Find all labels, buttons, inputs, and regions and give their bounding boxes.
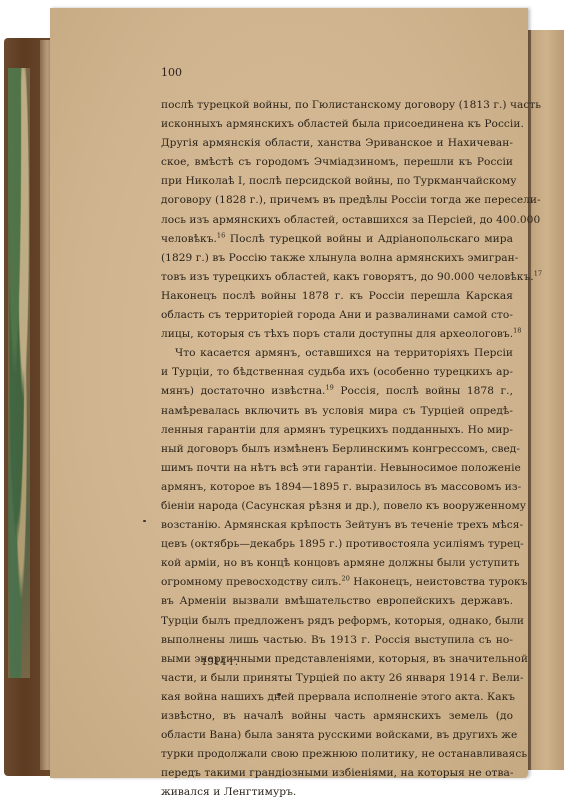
text-line-content: мянъ) достаточно извѣстна. — [161, 385, 325, 397]
text-line: огромному превосходству силъ.20 Наконецъ… — [161, 573, 513, 592]
text-line-content: шимъ почти на нѣтъ всѣ эти гарантіи. Нев… — [161, 462, 521, 474]
text-line-content: кой арміи, но въ концѣ концовъ армяне до… — [161, 557, 520, 569]
text-line-content: послѣ турецкой войны, по Гюлистанскому д… — [161, 99, 541, 111]
footnote-marker: 20 — [342, 575, 350, 583]
text-line-content: кая война нашихъ дней прервала исполнені… — [161, 691, 515, 703]
text-line-content: исконныхъ армянскихъ областей была присо… — [161, 118, 524, 130]
text-line-content: человѣкъ. — [161, 233, 217, 245]
text-line: части, и были приняты Турціей по акту 26… — [161, 669, 513, 688]
text-line-continuation: Послѣ турецкой войны и Адріанопольскаго … — [225, 233, 513, 245]
footnote-marker: 17 — [534, 269, 542, 277]
text-line-content: ный договоръ былъ измѣненъ Берлинскимъ к… — [161, 443, 520, 455]
text-line: извѣстно, въ началѣ войны часть армянски… — [161, 707, 513, 726]
text-line-content: выполнены лишь частью. Въ 1913 г. Россія… — [161, 634, 513, 646]
text-line-content: лось изъ армянскихъ областей, оставшихся… — [161, 214, 540, 226]
text-line-content: и Турціи, то бѣдственная судьба ихъ (осо… — [161, 366, 513, 378]
text-line-content: части, и были приняты Турціей по акту 26… — [161, 672, 524, 684]
text-line: кой арміи, но въ концѣ концовъ армяне до… — [161, 554, 513, 573]
text-line-content: Что касается армянъ, оставшихся на терри… — [175, 347, 513, 359]
text-line: и Турціи, то бѣдственная судьба ихъ (осо… — [161, 363, 513, 382]
text-line-content: біеніи народа (Сасунская рѣзня и др.), п… — [161, 500, 526, 512]
text-line: области Вана) была занята русскими войск… — [161, 726, 513, 745]
marbled-edge — [8, 68, 30, 678]
text-line: договору (1828 г.), причемъ въ предѣлы Р… — [161, 191, 513, 210]
text-line: выполнены лишь частью. Въ 1913 г. Россія… — [161, 631, 513, 650]
text-line: при Николаѣ I, послѣ персидской войны, п… — [161, 172, 513, 191]
text-line-content: ское, вмѣстѣ съ городомъ Эчміадзиномъ, п… — [161, 156, 513, 168]
text-line: ный договоръ былъ измѣненъ Берлинскимъ к… — [161, 440, 513, 459]
text-line: армянъ, которое въ 1894—1895 г. выразило… — [161, 478, 513, 497]
text-line: послѣ турецкой войны, по Гюлистанскому д… — [161, 96, 513, 115]
text-line: кая война нашихъ дней прервала исполнені… — [161, 688, 513, 707]
text-line-content: въ Арменіи вызвали вмѣшательство европей… — [161, 595, 513, 607]
text-line: исконныхъ армянскихъ областей была присо… — [161, 115, 513, 134]
text-line-content: договору (1828 г.), причемъ въ предѣлы Р… — [161, 194, 541, 206]
text-line: ленныя гарантіи для армянъ турецкихъ под… — [161, 421, 513, 440]
date-signature: 1914 г. — [201, 657, 238, 668]
text-line-content: ленныя гарантіи для армянъ турецкихъ под… — [161, 424, 513, 436]
text-line-continuation: Наконецъ, неистовства турокъ — [350, 576, 528, 588]
text-line-content: Другія армянскія области, ханства Эриван… — [161, 137, 513, 149]
text-line: намѣревалась включить въ условія мира съ… — [161, 402, 513, 421]
text-line-content: живался и Ленгтимуръ. — [161, 786, 296, 798]
text-line-content: огромному превосходству силъ. — [161, 576, 342, 588]
text-line: въ Арменіи вызвали вмѣшательство европей… — [161, 592, 513, 611]
footnote-marker: 19 — [325, 384, 333, 392]
text-line: живался и Ленгтимуръ. — [161, 783, 513, 800]
text-line-content: намѣревалась включить въ условія мира съ… — [161, 405, 513, 417]
text-line: человѣкъ.16 Послѣ турецкой войны и Адріа… — [161, 230, 513, 249]
text-line-content: товъ изъ турецкихъ областей, какъ говоря… — [161, 271, 534, 283]
text-line: Что касается армянъ, оставшихся на терри… — [161, 344, 513, 363]
text-line: (1829 г.) въ Россію также хлынула волна … — [161, 249, 513, 268]
text-line: біеніи народа (Сасунская рѣзня и др.), п… — [161, 497, 513, 516]
text-line-content: Турціи былъ предложенъ рядъ реформъ, кот… — [161, 615, 524, 627]
text-line-content: при Николаѣ I, послѣ персидской войны, п… — [161, 175, 517, 187]
text-line: передъ такими грандіозными избіеніями, н… — [161, 764, 513, 783]
body-text: послѣ турецкой войны, по Гюлистанскому д… — [161, 96, 513, 800]
text-line: мянъ) достаточно извѣстна.19 Россія, пос… — [161, 382, 513, 401]
text-line: товъ изъ турецкихъ областей, какъ говоря… — [161, 268, 513, 287]
text-line: Другія армянскія области, ханства Эриван… — [161, 134, 513, 153]
text-line-content: цевъ (октябрь—декабрь 1895 г.) противост… — [161, 538, 524, 550]
text-line-continuation: Россія, послѣ войны 1878 г., — [334, 385, 513, 397]
text-line: турки продолжали свою прежнюю политику, … — [161, 745, 513, 764]
text-line: Турціи былъ предложенъ рядъ реформъ, кот… — [161, 612, 513, 631]
text-line: ское, вмѣстѣ съ городомъ Эчміадзиномъ, п… — [161, 153, 513, 172]
text-line: Наконецъ послѣ войны 1878 г. къ Россіи п… — [161, 287, 513, 306]
paper-spot — [277, 693, 281, 696]
text-line-content: Наконецъ послѣ войны 1878 г. къ Россіи п… — [161, 290, 513, 302]
text-line-content: возстанію. Армянская крѣпость Зейтунъ въ… — [161, 519, 523, 531]
footnote-marker: 18 — [513, 327, 521, 335]
text-line-content: лицы, которыя съ тѣхъ поръ стали доступн… — [161, 328, 513, 340]
text-line: шимъ почти на нѣтъ всѣ эти гарантіи. Нев… — [161, 459, 513, 478]
page-number: 100 — [161, 66, 182, 79]
text-line-content: область съ территоріей города Ани и разв… — [161, 309, 513, 321]
text-line-content: турки продолжали свою прежнюю политику, … — [161, 748, 527, 760]
text-line: лось изъ армянскихъ областей, оставшихся… — [161, 211, 513, 230]
text-line: возстанію. Армянская крѣпость Зейтунъ въ… — [161, 516, 513, 535]
text-line-content: передъ такими грандіозными избіеніями, н… — [161, 767, 513, 779]
text-line-content: армянъ, которое въ 1894—1895 г. выразило… — [161, 481, 521, 493]
text-line-content: области Вана) была занята русскими войск… — [161, 729, 517, 741]
text-line: область съ территоріей города Ани и разв… — [161, 306, 513, 325]
text-line: цевъ (октябрь—декабрь 1895 г.) противост… — [161, 535, 513, 554]
paper-spot — [143, 520, 146, 522]
text-line-content: (1829 г.) въ Россію также хлынула волна … — [161, 252, 518, 264]
text-line: лицы, которыя съ тѣхъ поръ стали доступн… — [161, 325, 513, 344]
text-line-content: извѣстно, въ началѣ войны часть армянски… — [161, 710, 513, 722]
